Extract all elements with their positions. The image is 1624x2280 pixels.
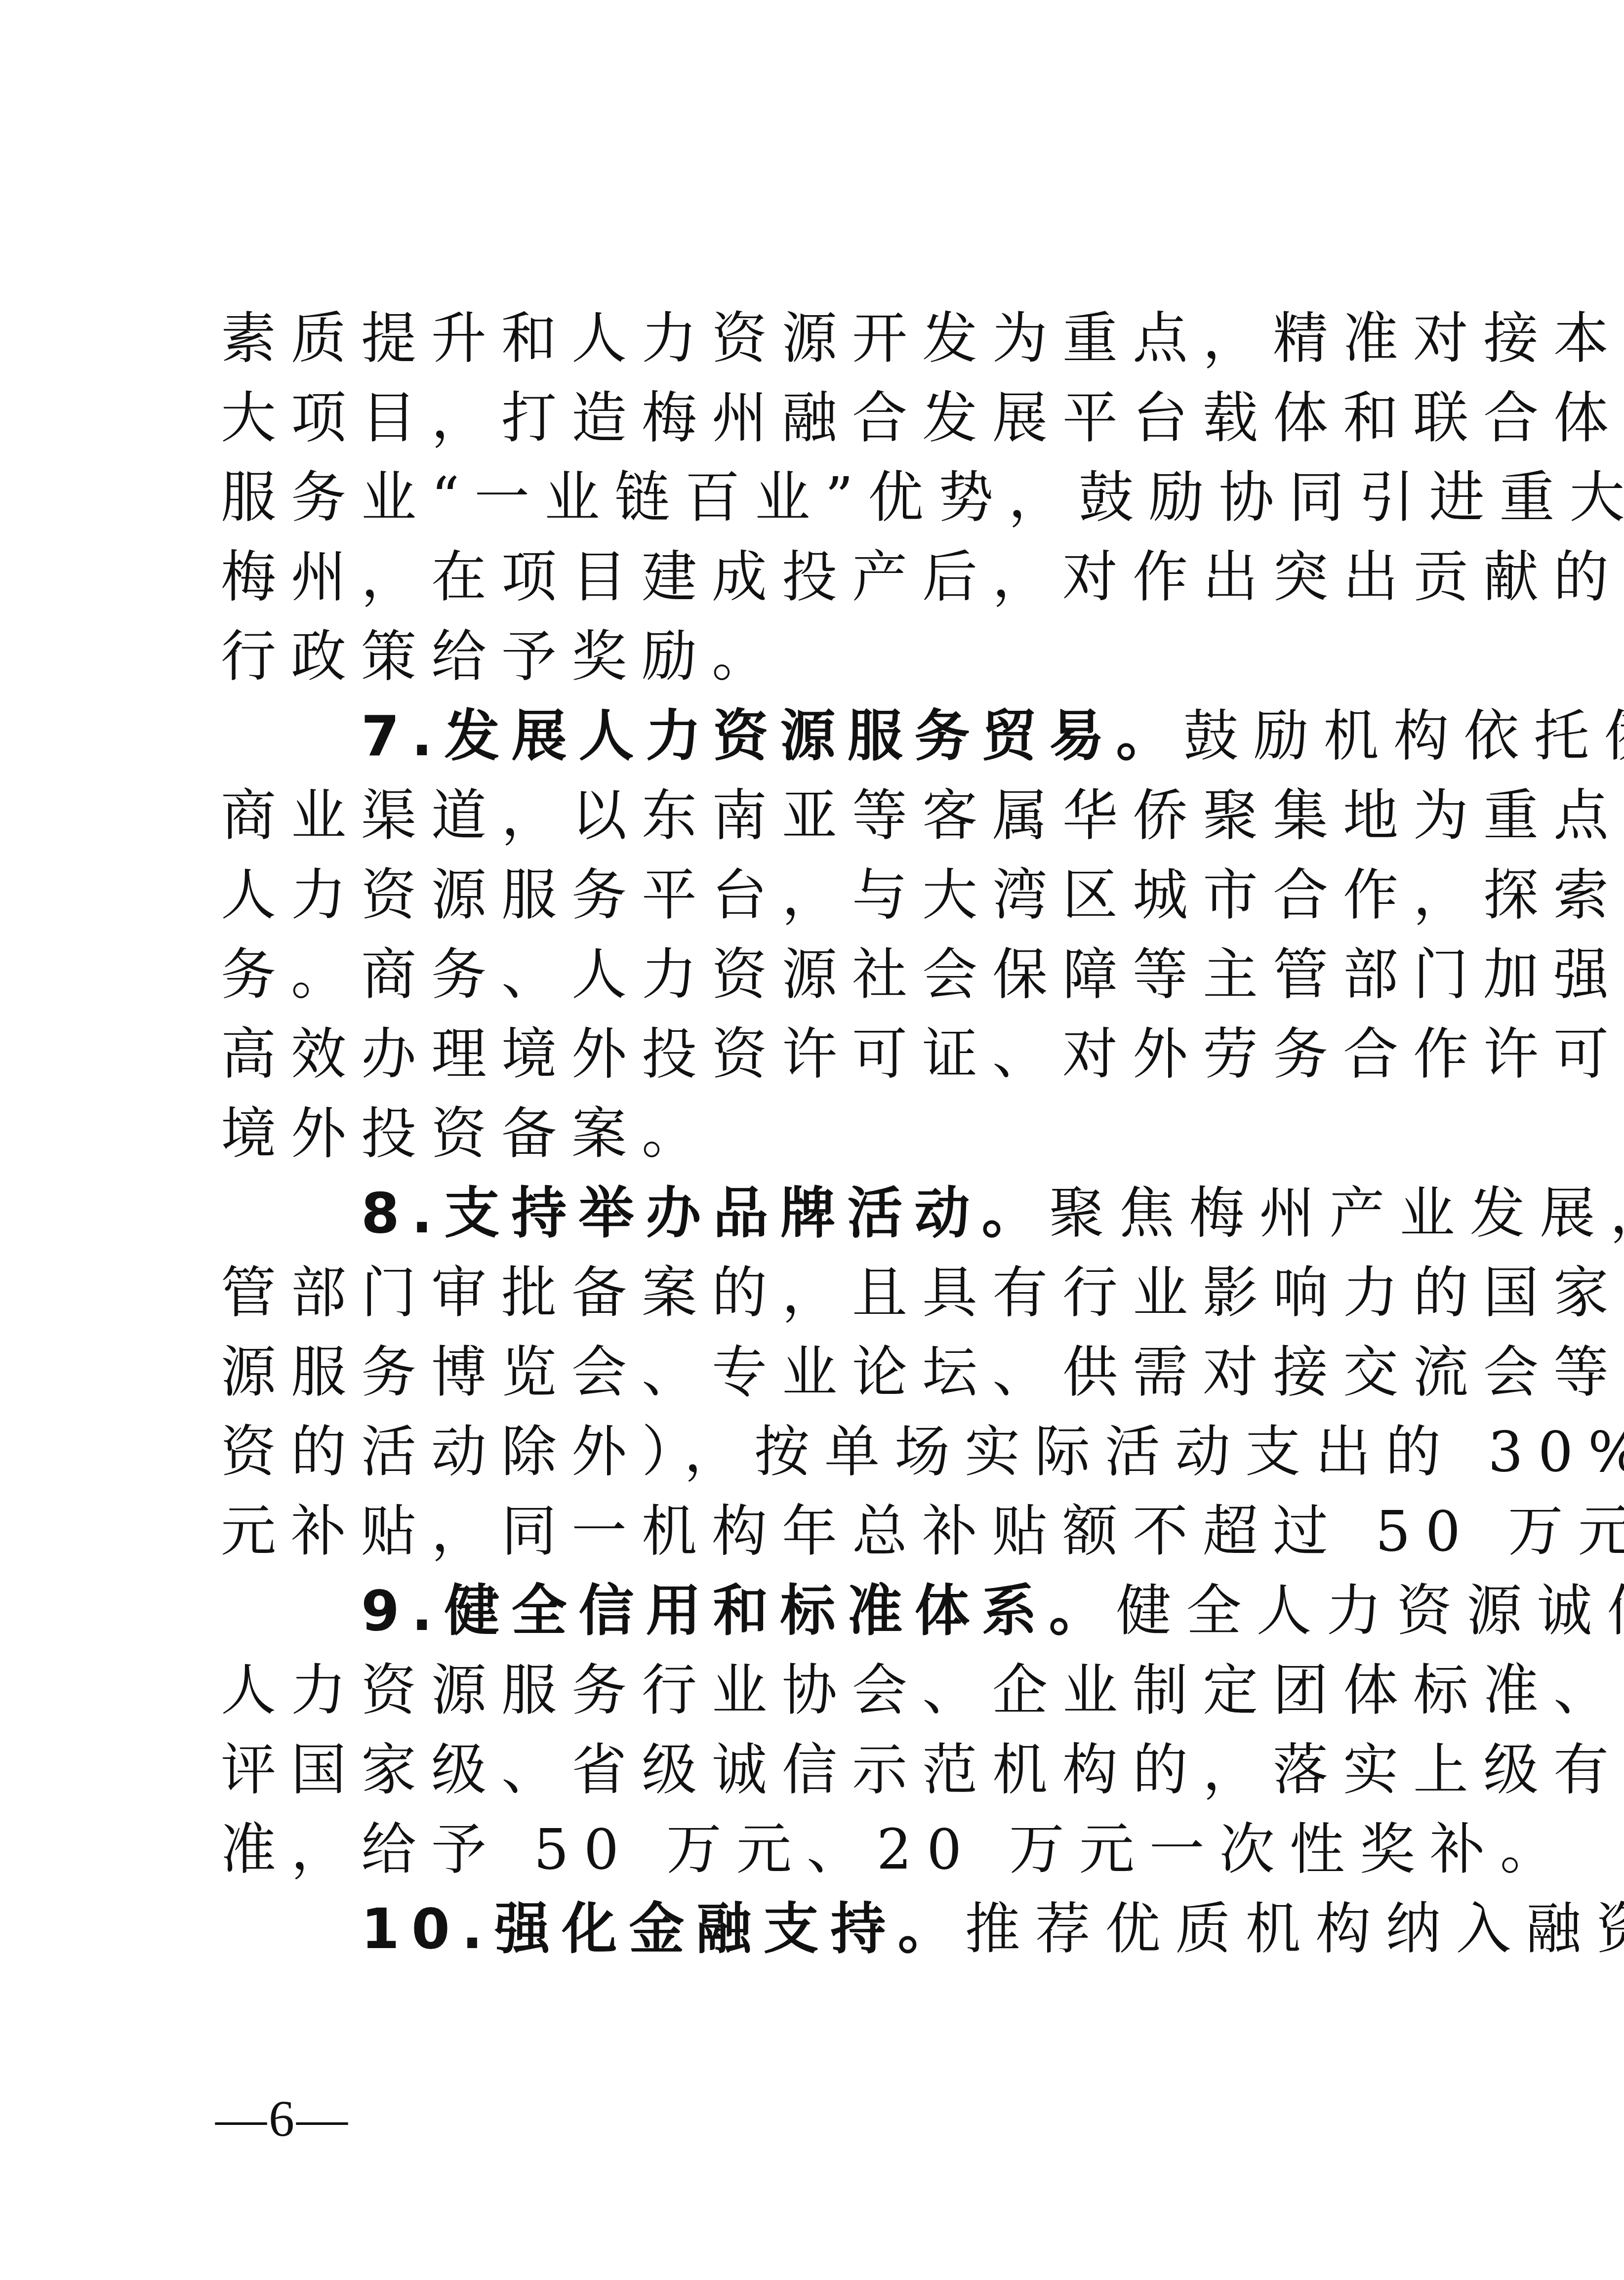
text-line: 商业渠道，以东南亚等客属华侨聚集地为重点区域，搭建跨境 xyxy=(221,776,1412,856)
item-heading: 8.支持举办品牌活动。 xyxy=(361,1181,1049,1246)
paragraph-continuation: 素质提升和人力资源开发为重点，精准对接本市重点产业、重 大项目，打造梅州融合发展… xyxy=(221,299,1412,697)
text-line: 高效办理境外投资许可证、对外劳务合作许可证等审批手续及 xyxy=(221,1015,1412,1095)
text-line: 元补贴，同一机构年总补贴额不超过 50 万元。 xyxy=(221,1492,1412,1572)
item-first-line: 7.发展人力资源服务贸易。鼓励机构依托侨乡人脉网络与 xyxy=(221,697,1412,776)
text-line: 人力资源服务平台，与大湾区城市合作，探索发展离岸外包业 xyxy=(221,856,1412,936)
text-line: 梅州，在项目建成投产后，对作出突出贡献的服务团队，按现 xyxy=(221,538,1412,617)
page-number: —6— xyxy=(215,2089,350,2149)
paragraph-item-9: 9.健全信用和标准体系。健全人力资源诚信标准体系，鼓励 人力资源服务行业协会、企… xyxy=(221,1572,1412,1890)
text-line: 人力资源服务行业协会、企业制定团体标准、企业标准。对获 xyxy=(221,1651,1412,1731)
text-line: 管部门审批备案的，且具有行业影响力的国家级、省级人力资 xyxy=(221,1254,1412,1333)
paragraph-item-7: 7.发展人力资源服务贸易。鼓励机构依托侨乡人脉网络与 商业渠道，以东南亚等客属华… xyxy=(221,697,1412,1174)
item-first-line-text: 聚焦梅州产业发展，对自主举办经主 xyxy=(1049,1181,1624,1246)
text-line: 大项目，打造梅州融合发展平台载体和联合体。发挥人力资源 xyxy=(221,379,1412,458)
text-line: 素质提升和人力资源开发为重点，精准对接本市重点产业、重 xyxy=(221,299,1412,379)
text-line: 评国家级、省级诚信示范机构的，落实上级有关政策规定和标 xyxy=(221,1731,1412,1810)
item-first-line: 9.健全信用和标准体系。健全人力资源诚信标准体系，鼓励 xyxy=(221,1572,1412,1651)
item-heading: 7.发展人力资源服务贸易。 xyxy=(361,704,1183,769)
document-page: 素质提升和人力资源开发为重点，精准对接本市重点产业、重 大项目，打造梅州融合发展… xyxy=(0,0,1624,2280)
text-line: 资的活动除外），按单场实际活动支出的 30%给予不超过 20 万 xyxy=(221,1413,1412,1492)
text-line: 源服务博览会、专业论坛、供需对接交流会等活动（由政府出 xyxy=(221,1333,1412,1413)
item-heading: 10.强化金融支持。 xyxy=(361,1897,965,1961)
text-line: 准，给予 50 万元、20 万元一次性奖补。 xyxy=(221,1810,1412,1890)
item-heading: 9.健全信用和标准体系。 xyxy=(361,1579,1116,1643)
item-first-line: 8.支持举办品牌活动。聚焦梅州产业发展，对自主举办经主 xyxy=(221,1174,1412,1254)
paragraph-item-10: 10.强化金融支持。推荐优质机构纳入融资担保“白名单”， xyxy=(221,1890,1412,1969)
item-first-line-text: 鼓励机构依托侨乡人脉网络与 xyxy=(1183,704,1624,769)
text-line: 服务业“一业链百业”优势，鼓励协同引进重大制造业项目落户 xyxy=(221,458,1412,538)
text-line: 行政策给予奖励。 xyxy=(221,617,1412,697)
text-line: 务。商务、人力资源社会保障等主管部门加强指导，协助机构 xyxy=(221,936,1412,1015)
body-text: 素质提升和人力资源开发为重点，精准对接本市重点产业、重 大项目，打造梅州融合发展… xyxy=(221,299,1412,1969)
item-first-line-text: 健全人力资源诚信标准体系，鼓励 xyxy=(1116,1579,1624,1643)
text-line: 境外投资备案。 xyxy=(221,1095,1412,1174)
item-first-line: 10.强化金融支持。推荐优质机构纳入融资担保“白名单”， xyxy=(221,1890,1412,1969)
paragraph-item-8: 8.支持举办品牌活动。聚焦梅州产业发展，对自主举办经主 管部门审批备案的，且具有… xyxy=(221,1174,1412,1572)
item-first-line-text: 推荐优质机构纳入融资担保“白名单”， xyxy=(965,1897,1624,1961)
